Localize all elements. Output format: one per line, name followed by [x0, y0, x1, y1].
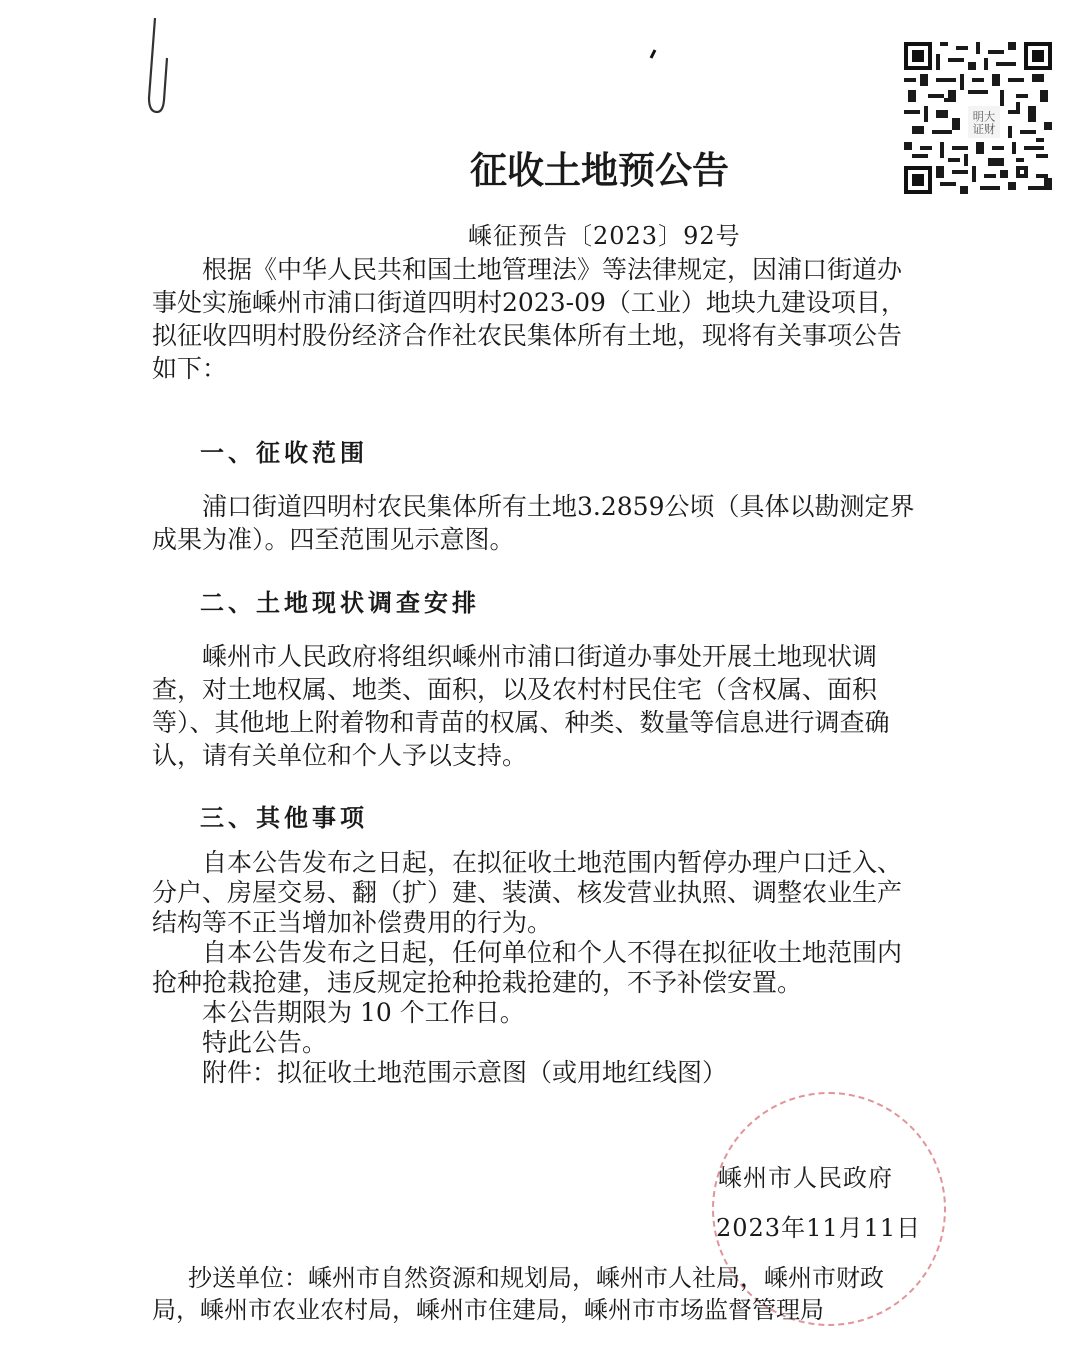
section-heading-scope: 一、征收范围	[200, 433, 368, 468]
paperclip-icon	[143, 18, 183, 118]
document-number: 嵊征预告〔2023〕92号	[468, 216, 741, 251]
section-heading-survey: 二、土地现状调查安排	[200, 583, 480, 618]
section-body-other: 自本公告发布之日起，在拟征收土地范围内暂停办理户口迁入、 分户、房屋交易、翻（扩…	[152, 848, 982, 1088]
document-title: 征收土地预公告	[470, 140, 729, 194]
notice-period: 本公告期限为 10 个工作日。	[152, 998, 982, 1028]
section-line: 认，请有关单位和个人予以支持。	[152, 739, 982, 772]
attachment-note: 附件：拟征收土地范围示意图（或用地红线图）	[152, 1058, 982, 1088]
qr-center-label-bottom: 证财	[973, 122, 995, 136]
cc-list: 抄送单位：嵊州市自然资源和规划局，嵊州市人社局，嵊州市财政 局，嵊州市农业农村局…	[152, 1262, 982, 1326]
closing-phrase: 特此公告。	[152, 1028, 982, 1058]
intro-paragraph: 根据《中华人民共和国土地管理法》等法律规定，因浦口街道办 事处实施嵊州市浦口街道…	[152, 253, 982, 385]
issuer-name: 嵊州市人民政府	[718, 1158, 893, 1193]
section-line: 成果为准）。四至范围见示意图。	[152, 523, 982, 556]
issue-date: 2023年11月11日	[716, 1208, 921, 1243]
intro-line: 如下：	[152, 352, 982, 385]
cc-line: 局，嵊州市农业农村局，嵊州市住建局，嵊州市市场监督管理局	[152, 1294, 982, 1326]
section-body-scope: 浦口街道四明村农民集体所有土地3.2859公顷（具体以勘测定界 成果为准）。四至…	[152, 490, 982, 556]
qr-center-label-top: 明大	[973, 109, 995, 123]
cc-line: 抄送单位：嵊州市自然资源和规划局，嵊州市人社局，嵊州市财政	[152, 1262, 982, 1294]
section-heading-other: 三、其他事项	[200, 798, 368, 833]
section-body-survey: 嵊州市人民政府将组织嵊州市浦口街道办事处开展土地现状调 查，对土地权属、地类、面…	[152, 640, 982, 772]
section-line: 等）、其他地上附着物和青苗的权属、种类、数量等信息进行调查确	[152, 706, 982, 739]
section-line: 结构等不正当增加补偿费用的行为。	[152, 908, 982, 938]
qr-code[interactable]: 明大 证财	[904, 42, 1052, 194]
intro-line: 事处实施嵊州市浦口街道四明村2023-09（工业）地块九建设项目，	[152, 286, 982, 319]
section-line: 查，对土地权属、地类、面积，以及农村村民住宅（含权属、面积	[152, 673, 982, 706]
intro-line: 拟征收四明村股份经济合作社农民集体所有土地，现将有关事项公告	[152, 319, 982, 352]
section-line: 浦口街道四明村农民集体所有土地3.2859公顷（具体以勘测定界	[152, 490, 982, 523]
section-line: 自本公告发布之日起，在拟征收土地范围内暂停办理户口迁入、	[152, 848, 982, 878]
intro-line: 根据《中华人民共和国土地管理法》等法律规定，因浦口街道办	[152, 253, 982, 286]
section-line: 分户、房屋交易、翻（扩）建、装潢、核发营业执照、调整农业生产	[152, 878, 982, 908]
section-line: 嵊州市人民政府将组织嵊州市浦口街道办事处开展土地现状调	[152, 640, 982, 673]
section-line: 抢种抢栽抢建，违反规定抢种抢栽抢建的，不予补偿安置。	[152, 968, 982, 998]
ink-mark	[648, 44, 658, 52]
section-line: 自本公告发布之日起，任何单位和个人不得在拟征收土地范围内	[152, 938, 982, 968]
